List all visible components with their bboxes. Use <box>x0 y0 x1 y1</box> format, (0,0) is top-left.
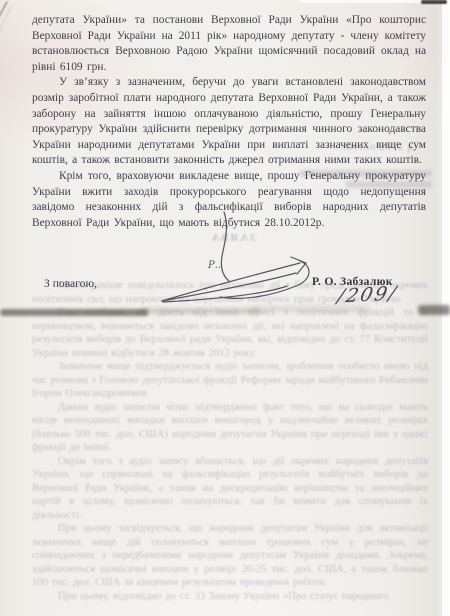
closing-salutation: З повагою, <box>44 277 97 290</box>
letter-body: депутата України» та постанови Верховної… <box>32 13 426 231</box>
ghost-paragraph: При цьому засвідчується, що народним деп… <box>32 522 428 590</box>
marker-smudge <box>418 305 450 315</box>
ghost-paragraph: При цьому, відповідно до ст. 33 Закону У… <box>32 590 428 604</box>
signature-scrawl: Р.. <box>150 200 340 315</box>
marker-smudge <box>0 309 148 316</box>
ghost-paragraph: Окрім того з аудіо запису вбачається, що… <box>32 455 428 523</box>
handwritten-number: /209/ <box>335 282 399 307</box>
ghost-bleed-text: Мною раніше повідомлялось про незаконні … <box>32 279 428 603</box>
scanned-document-page: листоп 2012 р. ЗАЯВА Мною раніше повідом… <box>0 0 450 616</box>
letter-paragraph: депутата України» та постанови Верховної… <box>32 13 426 75</box>
letter-paragraph: У зв’язку з зазначеним, беручи до уваги … <box>32 75 426 169</box>
corner-ink-mark <box>421 0 447 4</box>
ghost-paragraph: Зазначене вище підтверджується аудіо зап… <box>32 360 428 401</box>
signature-initial-glyph: Р.. <box>207 260 221 271</box>
ghost-paragraph: Даним аудіо записом чітко підтверджено ф… <box>32 401 428 455</box>
